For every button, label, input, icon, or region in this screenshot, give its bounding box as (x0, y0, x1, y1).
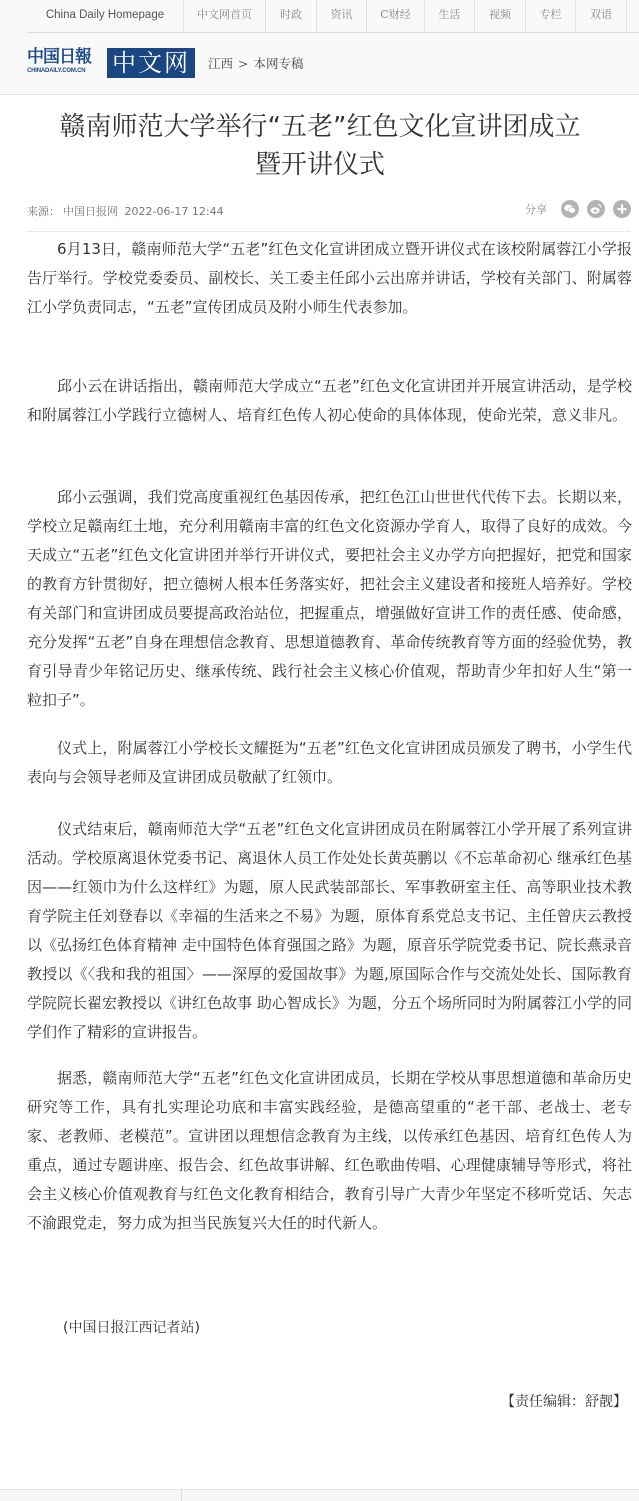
share-bar: 分享 (525, 200, 631, 218)
article-paragraph-2: 邱小云在讲话指出，赣南师范大学成立“五老”红色文化宣讲团并开展宣讲活动，是学校和… (27, 372, 632, 430)
logo-url-text: CHINADAILY.COM.CN (27, 68, 85, 74)
meta-divider (27, 231, 630, 232)
breadcrumb: 江西 > 本网专稿 (208, 54, 304, 72)
publish-datetime: 2022-06-17 12:44 (125, 205, 224, 218)
article-paragraph-5: 仪式结束后，赣南师范大学“五老”红色文化宣讲团成员在附属蓉江小学开展了系列宣讲活… (27, 815, 632, 1047)
footer-strip (0, 1489, 639, 1501)
article-paragraph-4: 仪式上，附属蓉江小学校长文耀挺为“五老”红色文化宣讲团成员颁发了聘书，小学生代表… (27, 734, 632, 792)
logo-chinese-text: 中国日報 (27, 47, 91, 67)
nav-item-bilingual[interactable]: 双语 (576, 0, 627, 32)
more-share-icon[interactable] (613, 200, 631, 218)
nav-item-video[interactable]: 视频 (475, 0, 526, 32)
reporter-credit: (中国日报江西记者站) (63, 1317, 200, 1337)
share-label: 分享 (525, 201, 547, 217)
article-paragraph-6: 据悉，赣南师范大学“五老”红色文化宣讲团成员，长期在学校从事思想道德和革命历史研… (27, 1064, 632, 1238)
breadcrumb-item-jiangxi[interactable]: 江西 (208, 54, 233, 72)
responsible-editor: 【责任编辑：舒靓】 (501, 1391, 627, 1411)
article-meta: 来源：中国日报网 2022-06-17 12:44 (27, 203, 227, 219)
article-title-line2: 暨开讲仪式 (255, 150, 385, 180)
source-name: 中国日报网 (63, 205, 118, 218)
nav-item-politics[interactable]: 时政 (266, 0, 317, 32)
nav-item-china-daily-homepage[interactable]: China Daily Homepage (27, 0, 184, 32)
wechat-icon[interactable] (561, 200, 579, 218)
source-label: 来源： (27, 205, 60, 218)
nav-item-column[interactable]: 专栏 (526, 0, 576, 32)
breadcrumb-item-exclusive[interactable]: 本网专稿 (254, 54, 304, 72)
footer-divider (181, 1490, 182, 1501)
nav-item-finance[interactable]: C财经 (367, 0, 425, 32)
nav-item-life[interactable]: 生活 (425, 0, 475, 32)
breadcrumb-separator: > (238, 56, 248, 71)
nav-item-news[interactable]: 资讯 (317, 0, 367, 32)
nav-item-chinese-homepage[interactable]: 中文网首页 (184, 0, 266, 32)
article-title: 赣南师范大学举行“五老”红色文化宣讲团成立 暨开讲仪式 (20, 108, 620, 184)
article-paragraph-3: 邱小云强调，我们党高度重视红色基因传承，把红色江山世世代代传下去。长期以来，学校… (27, 483, 632, 715)
article-title-line1: 赣南师范大学举行“五老”红色文化宣讲团成立 (60, 112, 581, 142)
article-paragraph-1: 6月13日，赣南师范大学“五老”红色文化宣讲团成立暨开讲仪式在该校附属蓉江小学报… (27, 235, 632, 322)
site-header: China Daily Homepage 中文网首页 时政 资讯 C财经 生活 … (0, 0, 639, 95)
brand-bar: 中国日報 CHINADAILY.COM.CN 中文网 江西 > 本网专稿 (27, 47, 304, 79)
chinese-site-logo[interactable]: 中文网 (107, 48, 195, 78)
top-nav-bar: China Daily Homepage 中文网首页 时政 资讯 C财经 生活 … (27, 0, 639, 33)
weibo-icon[interactable] (587, 200, 605, 218)
nav-item-original[interactable]: 原 (627, 0, 639, 32)
china-daily-logo[interactable]: 中国日報 CHINADAILY.COM.CN (27, 47, 107, 79)
